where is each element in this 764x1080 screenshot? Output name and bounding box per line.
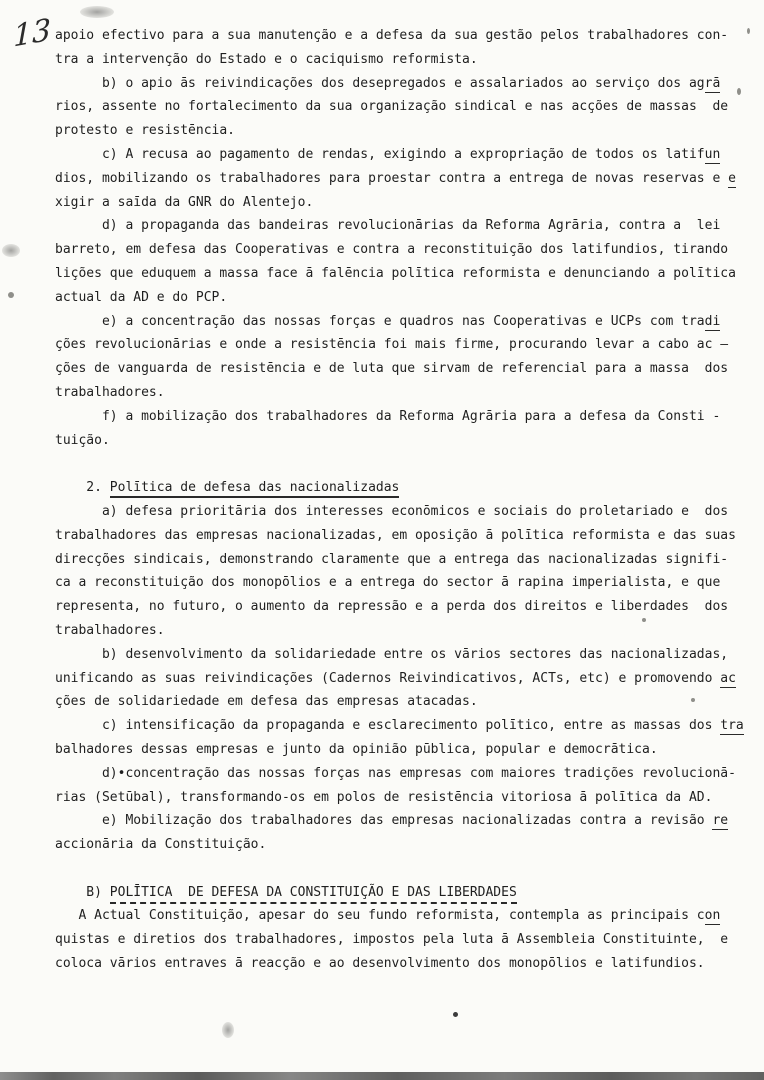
plain-text: quistas e diretios dos trabalhadores, im… [55,932,728,947]
plain-text: f) a mobilização dos trabalhadores da Re… [55,409,720,424]
text-line: trabalhadores. [55,619,755,643]
text-line: d)•concentração das nossas forças nas em… [55,762,755,786]
plain-text: ções revolucionārias e onde a resistēnci… [55,337,728,352]
plain-text: d)•concentração das nossas forças nas em… [55,766,736,781]
underlined-text: Polītica de defesa das nacionalizadas [110,480,400,498]
text-line: apoio efectivo para a sua manutenção e a… [55,24,755,48]
text-line: a) defesa prioritāria dos interesses eco… [55,500,755,524]
plain-text: trabalhadores. [55,623,165,638]
text-line: rias (Setūbal), transformando-os em polo… [55,786,755,810]
scan-speck [642,618,646,622]
text-line: ca a reconstituição dos monopōlios e a e… [55,571,755,595]
text-line: rios, assente no fortalecimento da sua o… [55,95,755,119]
text-line: protesto e resistēncia. [55,119,755,143]
plain-text: tra a intervenção do Estado e o caciquis… [55,52,478,67]
underlined-text: tra [720,718,743,735]
plain-text: tuição. [55,433,110,448]
plain-text: b) o apio ās reivindicações dos desepreg… [55,76,705,91]
scan-speck [737,88,741,95]
plain-text: direcções sindicais, demonstrando claram… [55,552,728,567]
plain-text: balhadores dessas empresas e junto da op… [55,742,658,757]
plain-text: c) intensificação da propaganda e esclar… [55,718,720,733]
plain-text: e) a concentração das nossas forças e qu… [55,314,705,329]
text-line: direcções sindicais, demonstrando claram… [55,548,755,572]
plain-text: trabalhadores das empresas nacionalizada… [55,528,736,543]
plain-text: A Actual Constituição, apesar do seu fun… [55,908,705,923]
plain-text: unificando as suas reivindicações (Cader… [55,671,720,686]
scanned-page: 13 apoio efectivo para a sua manutenção … [0,0,764,1080]
text-line: e) Mobilização dos trabalhadores das emp… [55,809,755,833]
plain-text: B) [55,885,110,900]
plain-text: lições que eduquem a massa face ā falēnc… [55,266,736,281]
plain-text: xigir a saīda da GNR do Alentejo. [55,195,313,210]
plain-text: accionāria da Constituição. [55,837,266,852]
plain-text: barreto, em defesa das Cooperativas e co… [55,242,728,257]
text-line: b) o apio ās reivindicações dos desepreg… [55,72,755,96]
text-line: barreto, em defesa das Cooperativas e co… [55,238,755,262]
underlined-text: on [705,908,721,925]
plain-text: coloca vārios entraves ā reacção e ao de… [55,956,705,971]
text-line: lições que eduquem a massa face ā falēnc… [55,262,755,286]
text-line: trabalhadores das empresas nacionalizada… [55,524,755,548]
scan-speck [691,698,695,702]
underlined-text: re [712,813,728,830]
document-body: apoio efectivo para a sua manutenção e a… [55,24,755,976]
text-line: ções de solidariedade em defesa das empr… [55,690,755,714]
plain-text: actual da AD e do PCP. [55,290,227,305]
plain-text: e) Mobilização dos trabalhadores das emp… [55,813,712,828]
plain-text: dios, mobilizando os trabalhadores para … [55,171,728,186]
handwritten-page-number: 13 [13,12,51,54]
underlined-text: un [705,147,721,164]
scan-speck [8,292,14,298]
text-line: f) a mobilização dos trabalhadores da Re… [55,405,755,429]
underlined-text: POLĪTICA DE DEFESA DA CONSTITUIÇÃO E DAS… [110,885,517,904]
underlined-text: ac [720,671,736,688]
text-line: quistas e diretios dos trabalhadores, im… [55,928,755,952]
text-line: c) A recusa ao pagamento de rendas, exig… [55,143,755,167]
plain-text: trabalhadores. [55,385,165,400]
underlined-text: di [705,314,721,331]
plain-text: b) desenvolvimento da solidariedade entr… [55,647,728,662]
scan-smudge [2,244,20,257]
text-line: d) a propaganda das bandeiras revolucion… [55,214,755,238]
plain-text: c) A recusa ao pagamento de rendas, exig… [55,147,705,162]
plain-text: ções de solidariedade em defesa das empr… [55,694,478,709]
plain-text: ções de vanguarda de resistēncia e de lu… [55,361,728,376]
plain-text: 2. [55,480,110,495]
text-line: xigir a saīda da GNR do Alentejo. [55,191,755,215]
underlined-text: e [728,171,736,188]
text-line: c) intensificação da propaganda e esclar… [55,714,755,738]
plain-text: rias (Setūbal), transformando-os em polo… [55,790,712,805]
text-line: A Actual Constituição, apesar do seu fun… [55,904,755,928]
scan-speck [747,28,750,34]
scan-speck [453,1012,458,1017]
plain-text: protesto e resistēncia. [55,123,235,138]
underlined-text: rā [705,76,721,93]
text-line: balhadores dessas empresas e junto da op… [55,738,755,762]
text-line: actual da AD e do PCP. [55,286,755,310]
text-line: ções revolucionārias e onde a resistēnci… [55,333,755,357]
text-line: b) desenvolvimento da solidariedade entr… [55,643,755,667]
text-line: e) a concentração das nossas forças e qu… [55,310,755,334]
plain-text: representa, no futuro, o aumento da repr… [55,599,728,614]
plain-text: ca a reconstituição dos monopōlios e a e… [55,575,720,590]
scan-bottom-edge [0,1072,764,1080]
plain-text: rios, assente no fortalecimento da sua o… [55,99,728,114]
heading-line: B) POLĪTICA DE DEFESA DA CONSTITUIÇÃO E … [55,881,755,905]
heading-line: 2. Polītica de defesa das nacionalizadas [55,476,755,500]
text-line: ções de vanguarda de resistēncia e de lu… [55,357,755,381]
text-line: unificando as suas reivindicações (Cader… [55,667,755,691]
plain-text: a) defesa prioritāria dos interesses eco… [55,504,728,519]
text-line: coloca vārios entraves ā reacção e ao de… [55,952,755,976]
plain-text: d) a propaganda das bandeiras revolucion… [55,218,720,233]
scan-smudge [80,6,114,18]
text-line: accionāria da Constituição. [55,833,755,857]
text-line: tra a intervenção do Estado e o caciquis… [55,48,755,72]
text-line: representa, no futuro, o aumento da repr… [55,595,755,619]
text-line: trabalhadores. [55,381,755,405]
blank-line [55,857,755,881]
plain-text: apoio efectivo para a sua manutenção e a… [55,28,728,43]
text-line: dios, mobilizando os trabalhadores para … [55,167,755,191]
blank-line [55,452,755,476]
text-line: tuição. [55,429,755,453]
scan-smudge [222,1022,234,1038]
